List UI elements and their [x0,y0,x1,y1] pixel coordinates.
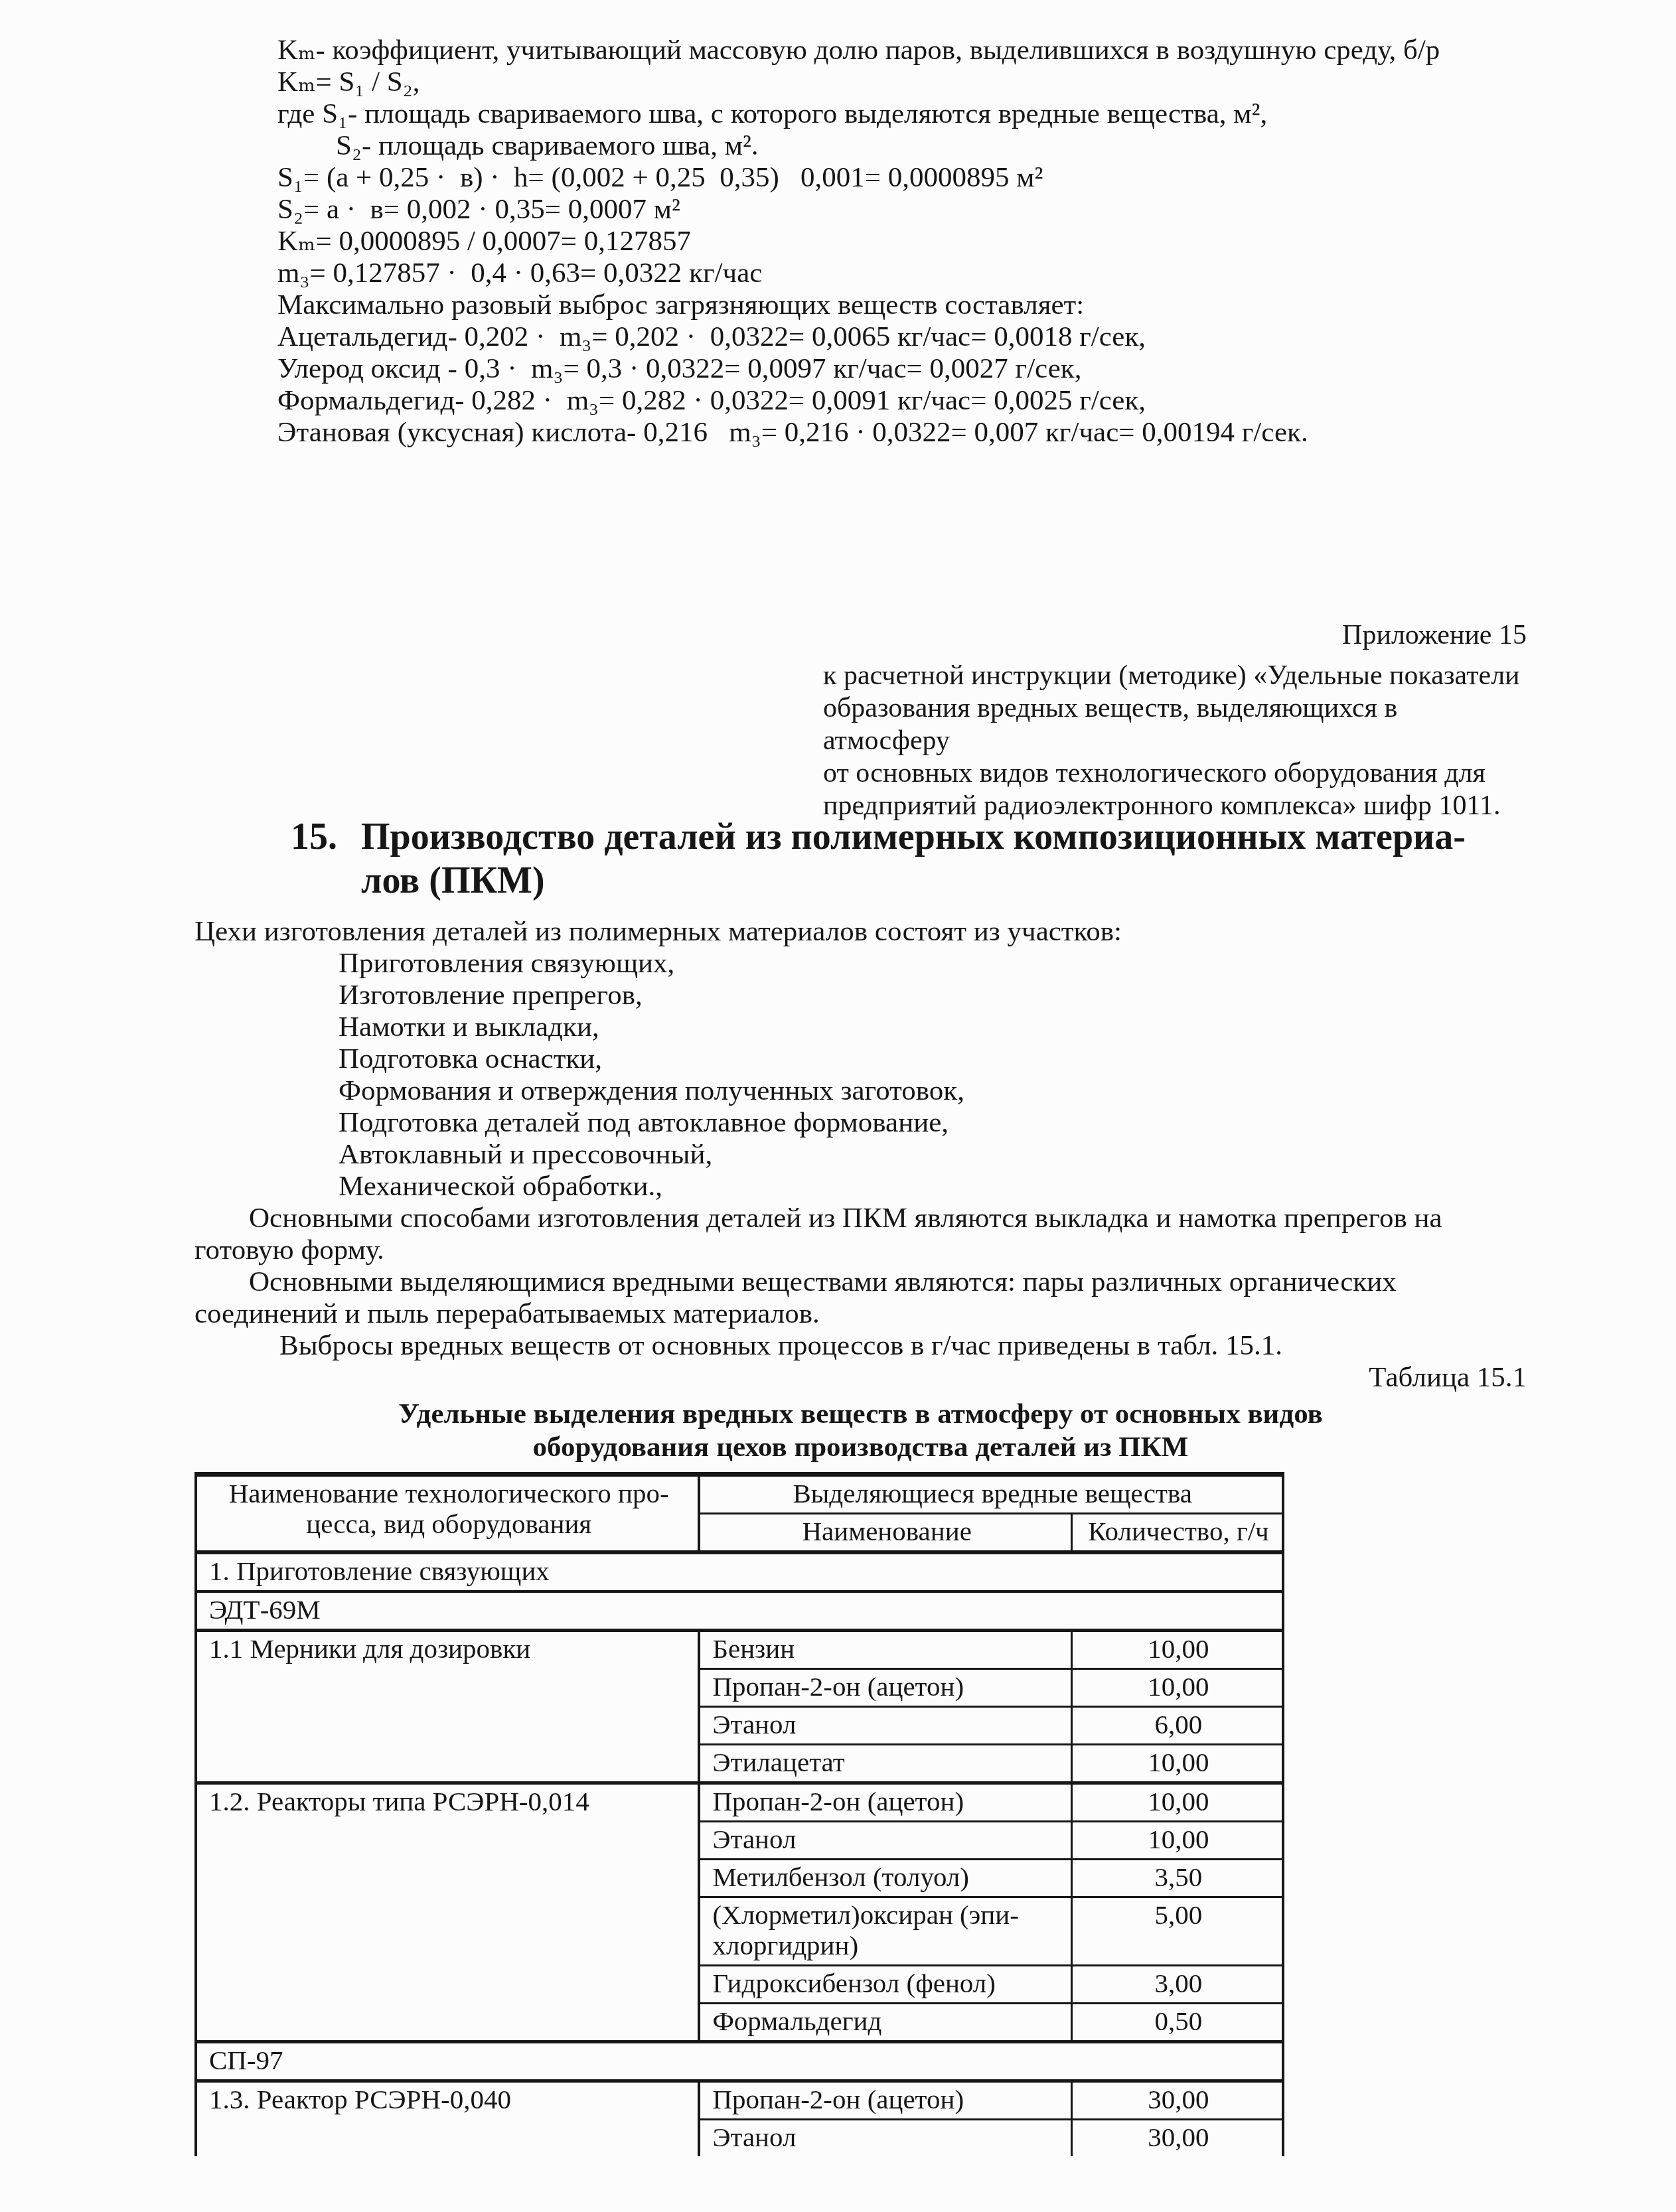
quantity-cell: 10,00 [1071,1745,1283,1783]
list-item: Механической обработки., [339,1171,1527,1203]
substance-cell: Этанол [699,1707,1071,1745]
substance-cell: Этанол [699,1822,1071,1860]
table-section-row: ЭДТ-69М [196,1591,1283,1631]
table-caption: Таблица 15.1 [194,1362,1527,1394]
intro-paragraph: Цехи изготовления деталей из полимерных … [194,916,1527,948]
table-row: 1.3. Реактор РСЭРН-0,040 Пропан-2-он (ац… [196,2081,1283,2120]
list-item: Формования и отверждения полученных заго… [339,1075,1527,1107]
section-label: СП-97 [196,2042,1283,2081]
formula-line: S₂= a · в= 0,002 · 0,35= 0,0007 м² [277,194,1440,226]
quantity-cell: 0,50 [1071,2004,1283,2042]
substance-cell: Метилбензол (толуол) [699,1860,1071,1897]
substance-cell: Пропан-2-он (ацетон) [699,2081,1071,2120]
quantity-cell: 30,00 [1071,2081,1283,2120]
substance-cell: Пропан-2-он (ацетон) [699,1669,1071,1707]
quantity-cell: 10,00 [1071,1783,1283,1822]
formula-line: Kₘ= S₁ / S₂, [277,66,1440,98]
paragraph: Основными способами изготовления деталей… [194,1203,1527,1266]
substance-cell: Бензин [699,1631,1071,1669]
document-page: Kₘ- коэффициент, учитывающий массовую до… [0,0,1676,2212]
formula-line: S₁= (a + 0,25 · в) · h= (0,002 + 0,25 0,… [277,162,1440,194]
formula-line: Улерод оксид - 0,3 · m₃= 0,3 · 0,0322= 0… [277,353,1440,385]
process-cell: 1.1 Мерники для дозировки [196,1631,699,1783]
substance-cell: Формальдегид [699,2004,1071,2042]
quantity-cell: 5,00 [1071,1897,1283,1966]
header-substances-group: Выделяющиеся вредные вещества [699,1475,1283,1514]
emissions-table: Наименование технологического про- цесса… [194,1472,1284,2156]
quantity-cell: 3,00 [1071,1966,1283,2004]
list-item: Подготовка оснастки, [339,1043,1527,1075]
quantity-cell: 10,00 [1071,1822,1283,1860]
substance-cell: Пропан-2-он (ацетон) [699,1783,1071,1822]
formula-line: m₃= 0,127857 · 0,4 · 0,63= 0,0322 кг/час [277,258,1440,289]
header-process: Наименование технологического про- цесса… [196,1475,699,1553]
section-number: 15. [291,815,361,903]
formula-block: Kₘ- коэффициент, учитывающий массовую до… [277,35,1440,449]
annex-reference: Приложение 15 к расчетной инструкции (ме… [823,619,1527,822]
table-section-row: СП-97 [196,2042,1283,2081]
process-cell: 1.2. Реакторы типа РСЭРН-0,014 [196,1783,699,2042]
substance-cell: Этанол [699,2120,1071,2157]
quantity-cell: 6,00 [1071,1707,1283,1745]
substance-cell: Гидроксибензол (фенол) [699,1966,1071,2004]
process-cell: 1.3. Реактор РСЭРН-0,040 [196,2081,699,2157]
section-heading: 15. Производство деталей из полимерных к… [291,815,1466,903]
formula-line: Kₘ= 0,0000895 / 0,0007= 0,127857 [277,226,1440,258]
table-section-row: 1. Приготовление связующих [196,1552,1283,1591]
annex-body: к расчетной инструкции (методике) «Удель… [823,660,1527,822]
paragraph: Основными выделяющимися вредными веществ… [194,1266,1527,1330]
substance-cell: (Хлорметил)оксиран (эпи- хлоргидрин) [699,1897,1071,1966]
quantity-cell: 3,50 [1071,1860,1283,1897]
list-item: Приготовления связующих, [339,948,1527,980]
section-label: ЭДТ-69М [196,1591,1283,1631]
formula-line: Kₘ- коэффициент, учитывающий массовую до… [277,35,1440,66]
list-item: Автоклавный и прессовочный, [339,1139,1527,1171]
quantity-cell: 30,00 [1071,2120,1283,2157]
header-quantity: Количество, г/ч [1071,1514,1283,1553]
header-substance-name: Наименование [699,1514,1071,1553]
formula-line: Формальдегид- 0,282 · m₃= 0,282 · 0,0322… [277,385,1440,417]
table-header-row: Наименование технологического про- цесса… [196,1475,1283,1514]
formula-line: Максимально разовый выброс загрязняющих … [277,289,1440,321]
list-item: Изготовление препрегов, [339,980,1527,1011]
formula-line: где S₁- площадь свариваемого шва, с кото… [277,98,1440,130]
formula-line: Ацетальдегид- 0,202 · m₃= 0,202 · 0,0322… [277,321,1440,353]
list-item: Намотки и выкладки, [339,1011,1527,1043]
annex-label: Приложение 15 [823,619,1527,652]
quantity-cell: 10,00 [1071,1669,1283,1707]
paragraph: Выбросы вредных веществ от основных проц… [194,1330,1527,1362]
substance-cell: Этилацетат [699,1745,1071,1783]
section-label: 1. Приготовление связующих [196,1552,1283,1591]
table-title: Удельные выделения вредных веществ в атм… [194,1398,1527,1464]
quantity-cell: 10,00 [1071,1631,1283,1669]
formula-line: Этановая (уксусная) кислота- 0,216 m₃= 0… [277,417,1440,449]
table-row: 1.1 Мерники для дозировки Бензин 10,00 [196,1631,1283,1669]
workshop-list: Приготовления связующих, Изготовление пр… [339,948,1527,1203]
section-body: Цехи изготовления деталей из полимерных … [194,916,1527,2156]
formula-line: S₂- площадь свариваемого шва, м². [277,130,1440,162]
table-row: 1.2. Реакторы типа РСЭРН-0,014 Пропан-2-… [196,1783,1283,1822]
list-item: Подготовка деталей под автоклавное формо… [339,1107,1527,1139]
section-title: Производство деталей из полимерных компо… [361,815,1466,903]
